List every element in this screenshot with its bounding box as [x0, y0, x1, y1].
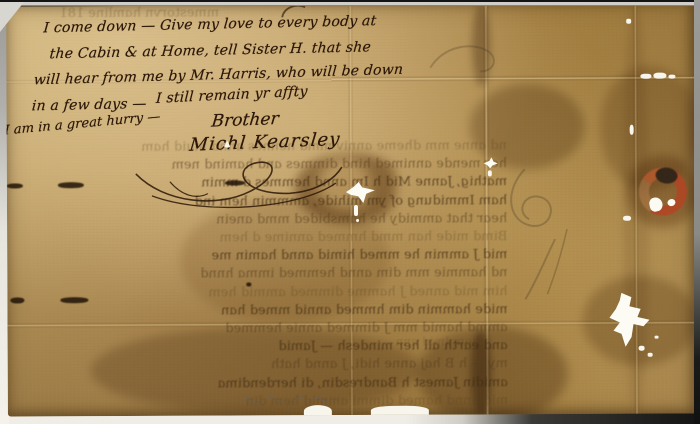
scanned-letter-photo: mmestorvn hamline 181 I come down — Give…: [0, 0, 700, 424]
top-edge-ink-curl: [278, 4, 308, 22]
ink-blot: [225, 180, 245, 185]
fold-chip: [653, 73, 666, 79]
bleed-line: amidin Jamest h Bandresdin, di herdendim…: [6, 374, 509, 394]
scanner-edge-top: [0, 0, 700, 6]
wax-seal-remnant: [634, 163, 691, 220]
paper-chip: [630, 125, 634, 135]
bleed-line-right: hem Imid ann: [394, 334, 481, 348]
ink-blot: [58, 182, 84, 188]
letter-margin-note: I am in a great hurry —: [6, 109, 160, 138]
torn-hole-center-tail: [354, 205, 358, 216]
paper-chip: [356, 219, 359, 222]
paper-sheet: mmestorvn hamline 181 I come down — Give…: [6, 4, 696, 417]
paper-chip: [639, 346, 645, 351]
fold-chip: [640, 74, 651, 79]
letter-closing: Brother: [211, 109, 280, 132]
ink-blot: [7, 183, 23, 188]
paper-chip: [623, 216, 631, 221]
ink-blot: [246, 282, 251, 286]
bleed-line: mide hammin dim hmmed annid mmed han: [6, 301, 509, 321]
letter-line-2: the Cabin & at Home, tell Sister H. that…: [49, 39, 372, 62]
paper-chip: [655, 336, 659, 339]
bottom-edge-notch: [304, 405, 332, 416]
bleed-flourish-marks: [495, 159, 596, 309]
paper-chip: [626, 19, 631, 24]
bleed-line: nd hammie mm dim annd hemmed imma hnnd: [6, 265, 509, 285]
scanner-edge-right: [694, 0, 700, 424]
letter-line-4b: I still remain yr affty: [156, 84, 309, 107]
bleed-curl-top: [424, 37, 504, 79]
ink-blot: [60, 297, 88, 303]
ink-blot: [10, 297, 24, 303]
bleed-line: hear that ammidy he hamsbided mmd anein: [6, 210, 508, 230]
fold-chip: [668, 75, 675, 79]
paper-chip: [488, 170, 492, 176]
bleed-line: my — h B haj anne hidi, J annd hath: [6, 356, 509, 376]
paper-chip: [648, 353, 653, 357]
